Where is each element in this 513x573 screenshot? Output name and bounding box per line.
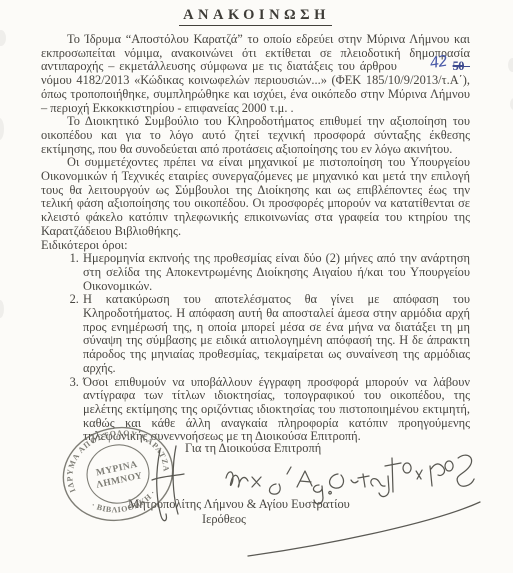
page-title: ΑΝΑΚΟΙΝΩΣΗ	[41, 7, 470, 24]
paragraph-announcement: Το Ίδρυμα “Αποστόλου Καρατζά” το οποίο ε…	[41, 33, 470, 115]
signature-stroke	[330, 474, 389, 497]
signature-stroke	[430, 455, 474, 486]
scan-smudge	[508, 58, 513, 72]
scanned-announcement-page: ΑΝΑΚΟΙΝΩΣΗ Το Ίδρυμα “Αποστόλου Καρατζά”…	[0, 0, 513, 573]
scan-smudge	[0, 118, 4, 140]
signature-stroke	[173, 446, 178, 514]
signature-stroke	[269, 467, 331, 504]
signature	[130, 424, 502, 564]
paragraph-participants: Οι συμμετέχοντες πρέπει να είναι μηχανικ…	[41, 156, 470, 238]
scan-smudge	[0, 30, 6, 46]
term-item-2: Η κατακύρωση του αποτελέσματος θα γίνει …	[82, 293, 470, 375]
scan-smudge	[0, 300, 4, 318]
terms-heading: Ειδικότεροι όροι:	[41, 239, 470, 253]
document-body: ΑΝΑΚΟΙΝΩΣΗ Το Ίδρυμα “Αποστόλου Καρατζά”…	[41, 7, 470, 444]
term-item-1: Ημερομηνία εκπνοής της προθεσμίας είναι …	[82, 252, 470, 293]
signature-stroke	[157, 450, 167, 521]
signature-stroke	[385, 458, 422, 492]
paragraph-board-intent: Το Διοικητικό Συμβούλιο του Κληροδοτήματ…	[41, 115, 470, 156]
signature-stroke	[226, 472, 261, 487]
struck-out-number: 50	[453, 59, 470, 73]
signature-flourish	[248, 502, 480, 556]
paragraph-1-text-after: νόμου 4182/2013 «Κώδικας κοινωφελών περι…	[41, 73, 470, 114]
page-title-text: ΑΝΑΚΟΙΝΩΣΗ	[179, 7, 332, 26]
